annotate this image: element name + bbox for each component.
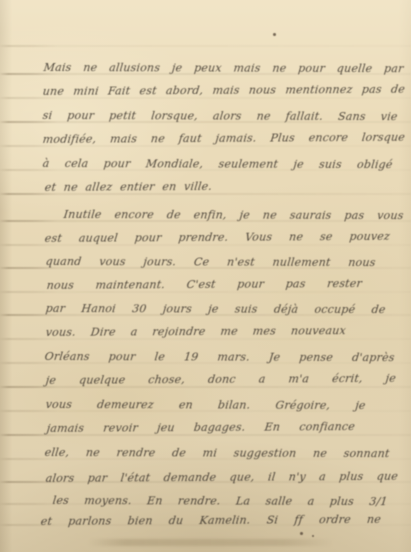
handwritten-line: alors par l'état demande que, il n'y a p… <box>45 470 399 485</box>
ink-speck <box>300 532 303 535</box>
ruled-line <box>0 45 411 47</box>
letter-page: Mais ne allusions je peux mais ne pour q… <box>0 0 411 552</box>
handwritten-line: je quelque chose, donc a m'a écrit, je <box>45 372 397 387</box>
handwritten-line: par Hanoi 30 jours je suis déjà occupé d… <box>45 302 386 316</box>
smudge-mark <box>88 539 333 546</box>
handwritten-line: les moyens. En rendre. La salle a plus 3… <box>52 494 388 508</box>
ink-speck <box>312 535 314 537</box>
handwritten-line: modifiée, mais ne faut jamais. Plus enco… <box>42 131 406 146</box>
handwritten-line: vous. Dire a rejoindre me mes nouveaux <box>45 324 347 339</box>
handwritten-line: est auquel pour prendre. Vous ne se pouv… <box>44 230 391 245</box>
handwritten-line: et parlons bien du Kamelin. Si ff ordre … <box>40 513 382 528</box>
handwritten-line: elle, ne rendre de mi suggestion ne sonn… <box>44 446 390 460</box>
handwritten-line: à cela pour Mondiale, seulement je suis … <box>42 157 393 171</box>
handwritten-line: une mini Fait est abord, mais nous menti… <box>42 83 406 98</box>
handwritten-line: quand vous jours. Ce n'est nullement nou… <box>45 255 376 269</box>
handwritten-line: Orléans pour le 19 mars. Je pense d'aprè… <box>44 350 395 364</box>
ink-speck <box>273 33 276 36</box>
handwritten-line: si pour petit lorsque, alors ne fallait.… <box>42 109 398 123</box>
paper-surface: Mais ne allusions je peux mais ne pour q… <box>0 0 411 552</box>
handwritten-line: Inutile encore de enfin, je ne saurais p… <box>63 208 404 222</box>
handwritten-line: vous demeurez en bilan. Grégoire, je <box>45 398 366 412</box>
handwritten-line: nous maintenant. C'est pour pas rester <box>46 277 363 292</box>
handwritten-line: et ne allez entier en ville. <box>44 180 213 194</box>
handwritten-line: jamais revoir jeu bagages. En confiance <box>46 420 356 435</box>
handwritten-line: Mais ne allusions je peux mais ne pour q… <box>43 61 404 75</box>
